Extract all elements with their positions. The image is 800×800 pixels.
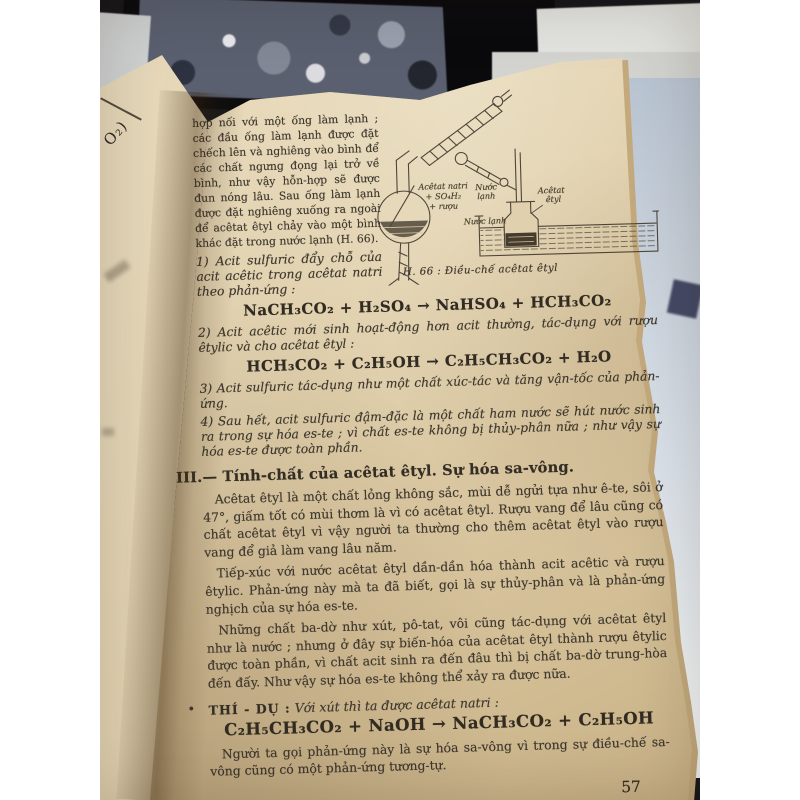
flask-label: + rượu	[429, 201, 458, 212]
bath-label: Nước lạnh	[463, 215, 507, 226]
figure-caption: H. 66 : Điều-chế acêtat êtyl	[402, 261, 558, 278]
condenser-label: lạnh	[477, 191, 495, 202]
fabric-dark-patch	[667, 279, 700, 318]
left-page-rule	[100, 97, 142, 120]
page-text-block: Acêtat natri + SO₄H₂ + rượu Nước lạnh Ac…	[192, 103, 671, 800]
numbered-item-4: 4) Sau hết, acit sulfuric đậm-đặc là một…	[200, 402, 661, 460]
body-paragraph-a: Acêtat êtyl là một chất lỏng không sắc, …	[202, 478, 664, 561]
body-paragraph-d: Người ta gọi phản-ứng này là sự hóa sa-v…	[210, 732, 671, 780]
receiving-bottle-icon	[504, 201, 544, 247]
example-text: Với xút thì ta được acêtat natri :	[294, 694, 499, 715]
left-page-smudge	[103, 259, 130, 282]
screenshot-root: O₂)	[0, 0, 800, 800]
example-label: THÍ - DỤ :	[208, 700, 290, 717]
left-page-text-fragment: O₂)	[100, 117, 131, 149]
body-paragraph-c: Những chất ba-dờ như xút, pô-tat, vôi cũ…	[206, 609, 668, 692]
book-photo: O₂)	[100, 0, 700, 800]
bullet-icon: •	[187, 702, 195, 717]
condenser-tube-icon	[419, 90, 513, 166]
left-page-smudge	[102, 428, 114, 436]
figure-h66: Acêtat natri + SO₄H₂ + rượu Nước lạnh Ac…	[378, 103, 657, 286]
body-paragraph-b: Tiếp-xúc với nước acêtat êtyl dần-dần hó…	[205, 552, 666, 618]
figure-h66-drawing: Acêtat natri + SO₄H₂ + rượu Nước lạnh Ac…	[373, 83, 660, 286]
product-label: êtyl	[546, 194, 562, 204]
page-number: 57	[211, 777, 671, 800]
